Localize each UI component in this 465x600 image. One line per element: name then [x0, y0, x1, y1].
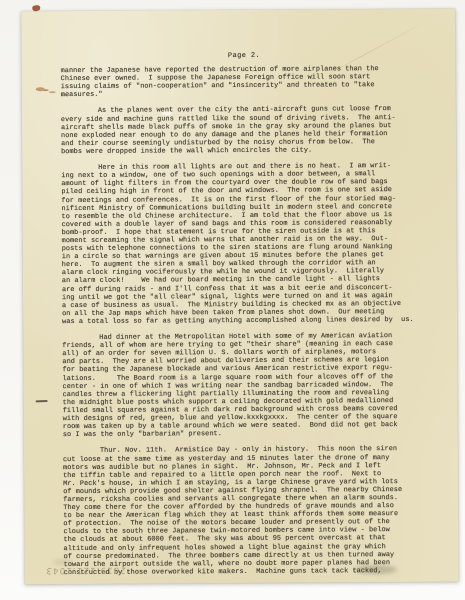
typewritten-text-block: Page 2. manner the Japanese have reporte… [21, 9, 458, 585]
paragraph: manner the Japanese have reported the de… [61, 65, 428, 100]
paragraph: Had dinner at the Metropolitan Hotel wit… [62, 332, 430, 439]
paragraph: Thur. Nov. 11th. Armistice Day - only in… [63, 445, 431, 577]
scan-background: Page 2. manner the Japanese have reporte… [0, 0, 465, 600]
page-number-heading: Page 2. [61, 50, 428, 62]
document-page: Page 2. manner the Japanese have reporte… [21, 9, 458, 585]
accession-number-handwritten: 2019.121.1043 [33, 565, 126, 576]
paragraph: As the planes went over the city the ant… [61, 105, 428, 156]
paragraph: Here in this room all lights are out and… [61, 162, 429, 326]
